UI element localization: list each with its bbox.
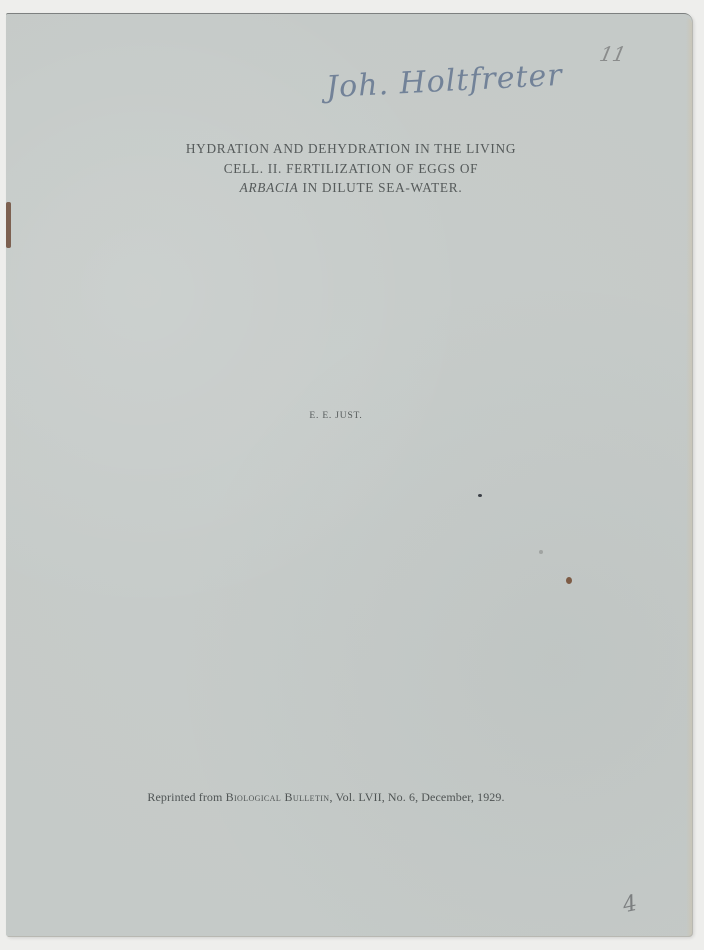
pencil-number: 11 — [597, 42, 628, 66]
journal-name: Biological Bulletin — [226, 790, 330, 804]
paper-stain — [566, 577, 572, 584]
title-line-2: CELL. II. FERTILIZATION OF EGGS OF — [106, 159, 596, 179]
pamphlet-cover: Joh. Holtfreter 11 HYDRATION AND DEHYDRA… — [6, 13, 692, 936]
reprint-suffix: , Vol. LVII, No. 6, December, 1929. — [329, 790, 504, 804]
author-name: E. E. JUST. — [256, 411, 416, 421]
paper-speck — [539, 550, 543, 554]
reprint-prefix: Reprinted from — [147, 790, 225, 804]
document-title: HYDRATION AND DEHYDRATION IN THE LIVING … — [106, 139, 596, 198]
title-line-3: ARBACIA IN DILUTE SEA-WATER. — [106, 178, 596, 198]
rust-stain — [6, 202, 11, 248]
title-italic-genus: ARBACIA — [240, 180, 299, 195]
title-line-3-rest: IN DILUTE SEA-WATER. — [298, 180, 462, 195]
handwritten-signature: Joh. Holtfreter — [325, 58, 563, 105]
pencil-mark: 4 — [621, 891, 640, 918]
paper-speck — [478, 494, 482, 497]
reprint-notice: Reprinted from Biological Bulletin, Vol.… — [96, 790, 556, 805]
title-line-1: HYDRATION AND DEHYDRATION IN THE LIVING — [106, 139, 596, 159]
